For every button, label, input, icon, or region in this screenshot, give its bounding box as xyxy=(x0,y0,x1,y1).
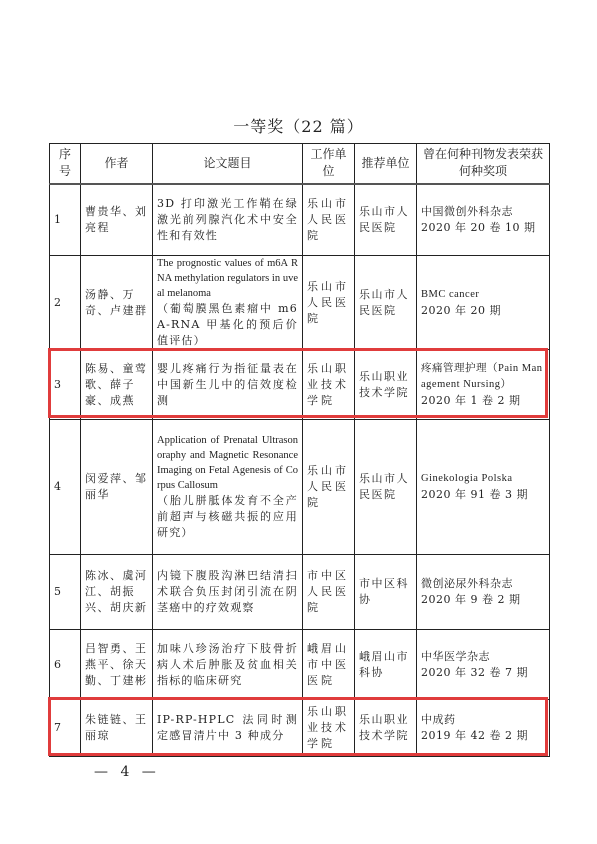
cell-seq: 4 xyxy=(50,420,81,555)
title-zh: （胎儿胼胝体发育不全产前超声与核磁共振的应用研究） xyxy=(157,494,298,539)
cell-recommender: 乐山职业技术学院 xyxy=(355,350,417,420)
cell-publication: 中华医学杂志2020 年 32 卷 7 期 xyxy=(417,630,550,700)
table-row: 6 吕智勇、王燕平、徐天勤、丁建彬 加味八珍汤治疗下肢骨折病人术后肿胀及贫血相关… xyxy=(50,630,550,700)
section-title: 一等奖（22 篇） xyxy=(0,114,597,137)
pub-name: 中国微创外科杂志 xyxy=(421,204,545,220)
title-zh: 加味八珍汤治疗下肢骨折病人术后肿胀及贫血相关指标的临床研究 xyxy=(157,642,298,687)
cell-unit: 市中区人民医院 xyxy=(303,555,355,630)
header-author: 作者 xyxy=(81,144,153,184)
pub-issue: 2019 年 42 卷 2 期 xyxy=(421,728,545,744)
title-zh: 内镜下腹股沟淋巴结清扫术联合负压封闭引流在阴茎癌中的疗效观察 xyxy=(157,569,298,614)
pub-issue: 2020 年 20 卷 10 期 xyxy=(421,220,545,236)
cell-seq: 7 xyxy=(50,700,81,757)
cell-recommender: 乐山市人民医院 xyxy=(355,184,417,256)
cell-unit: 乐山职业技术学院 xyxy=(303,700,355,757)
cell-title: 加味八珍汤治疗下肢骨折病人术后肿胀及贫血相关指标的临床研究 xyxy=(153,630,303,700)
pub-name: 疼痛管理护理（Pain Management Nursing） xyxy=(421,361,545,393)
cell-title: IP-RP-HPLC 法同时测定感冒清片中 3 种成分 xyxy=(153,700,303,757)
cell-seq: 6 xyxy=(50,630,81,700)
title-zh: IP-RP-HPLC 法同时测定感冒清片中 3 种成分 xyxy=(157,713,298,742)
cell-recommender: 峨眉山市科协 xyxy=(355,630,417,700)
pub-issue: 2020 年 9 卷 2 期 xyxy=(421,592,545,608)
pub-issue: 2020 年 32 卷 7 期 xyxy=(421,665,545,681)
cell-author: 吕智勇、王燕平、徐天勤、丁建彬 xyxy=(81,630,153,700)
cell-author: 陈冰、虞河江、胡振兴、胡庆新 xyxy=(81,555,153,630)
cell-recommender: 乐山职业技术学院 xyxy=(355,700,417,757)
table-row: 7 朱链链、王丽琼 IP-RP-HPLC 法同时测定感冒清片中 3 种成分 乐山… xyxy=(50,700,550,757)
table-header-row: 序号 作者 论文题目 工作单位 推荐单位 曾在何种刊物发表荣获何种奖项 xyxy=(50,144,550,184)
pub-name: 中成药 xyxy=(421,712,545,728)
cell-author: 朱链链、王丽琼 xyxy=(81,700,153,757)
cell-author: 闵爱萍、邹丽华 xyxy=(81,420,153,555)
cell-publication: 疼痛管理护理（Pain Management Nursing）2020 年 1 … xyxy=(417,350,550,420)
cell-title: 3D 打印激光工作鞘在绿激光前列腺汽化术中安全性和有效性 xyxy=(153,184,303,256)
header-seq: 序号 xyxy=(50,144,81,184)
cell-recommender: 市中区科协 xyxy=(355,555,417,630)
cell-title: 婴儿疼痛行为指征量表在中国新生儿中的信效度检测 xyxy=(153,350,303,420)
title-zh: 3D 打印激光工作鞘在绿激光前列腺汽化术中安全性和有效性 xyxy=(157,197,298,242)
header-title: 论文题目 xyxy=(153,144,303,184)
table-row: 3 陈易、童莺歌、薛子豪、成燕 婴儿疼痛行为指征量表在中国新生儿中的信效度检测 … xyxy=(50,350,550,420)
cell-seq: 1 xyxy=(50,184,81,256)
cell-author: 曹贵华、刘亮程 xyxy=(81,184,153,256)
table-row: 1 曹贵华、刘亮程 3D 打印激光工作鞘在绿激光前列腺汽化术中安全性和有效性 乐… xyxy=(50,184,550,256)
cell-publication: 中国微创外科杂志2020 年 20 卷 10 期 xyxy=(417,184,550,256)
pub-issue: 2020 年 1 卷 2 期 xyxy=(421,393,545,409)
pub-name: BMC cancer xyxy=(421,287,545,303)
pub-issue: 2020 年 20 期 xyxy=(421,303,545,319)
cell-seq: 2 xyxy=(50,256,81,350)
cell-title: The prognostic values of m6A RNA methyla… xyxy=(153,256,303,350)
header-publication: 曾在何种刊物发表荣获何种奖项 xyxy=(417,144,550,184)
table-row: 2 汤静、万奇、卢建群 The prognostic values of m6A… xyxy=(50,256,550,350)
pub-issue: 2020 年 91 卷 3 期 xyxy=(421,487,545,503)
cell-unit: 乐山市人民医院 xyxy=(303,256,355,350)
cell-publication: 中成药2019 年 42 卷 2 期 xyxy=(417,700,550,757)
cell-unit: 乐山职业技术学院 xyxy=(303,350,355,420)
header-unit: 工作单位 xyxy=(303,144,355,184)
cell-author: 陈易、童莺歌、薛子豪、成燕 xyxy=(81,350,153,420)
table-row: 5 陈冰、虞河江、胡振兴、胡庆新 内镜下腹股沟淋巴结清扫术联合负压封闭引流在阴茎… xyxy=(50,555,550,630)
title-zh: 婴儿疼痛行为指征量表在中国新生儿中的信效度检测 xyxy=(157,362,298,407)
cell-publication: Ginekologia Polska2020 年 91 卷 3 期 xyxy=(417,420,550,555)
cell-seq: 5 xyxy=(50,555,81,630)
cell-unit: 乐山市人民医院 xyxy=(303,420,355,555)
header-recommender: 推荐单位 xyxy=(355,144,417,184)
page-number: — 4 — xyxy=(94,764,160,780)
title-en: Application of Prenatal Ultrasonoraphy a… xyxy=(157,433,298,493)
table-row: 4 闵爱萍、邹丽华 Application of Prenatal Ultras… xyxy=(50,420,550,555)
title-en: The prognostic values of m6A RNA methyla… xyxy=(157,256,298,301)
cell-seq: 3 xyxy=(50,350,81,420)
cell-unit: 峨眉山市中医医院 xyxy=(303,630,355,700)
pub-name: Ginekologia Polska xyxy=(421,471,545,487)
awards-table: 序号 作者 论文题目 工作单位 推荐单位 曾在何种刊物发表荣获何种奖项 1 曹贵… xyxy=(49,143,550,757)
cell-publication: BMC cancer2020 年 20 期 xyxy=(417,256,550,350)
cell-recommender: 乐山市人民医院 xyxy=(355,420,417,555)
pub-name: 微创泌尿外科杂志 xyxy=(421,576,545,592)
cell-title: 内镜下腹股沟淋巴结清扫术联合负压封闭引流在阴茎癌中的疗效观察 xyxy=(153,555,303,630)
cell-unit: 乐山市人民医院 xyxy=(303,184,355,256)
title-zh: （葡萄膜黑色素瘤中 m6A-RNA 甲基化的预后价值评估） xyxy=(157,302,298,347)
cell-recommender: 乐山市人民医院 xyxy=(355,256,417,350)
cell-title: Application of Prenatal Ultrasonoraphy a… xyxy=(153,420,303,555)
cell-author: 汤静、万奇、卢建群 xyxy=(81,256,153,350)
pub-name: 中华医学杂志 xyxy=(421,649,545,665)
cell-publication: 微创泌尿外科杂志2020 年 9 卷 2 期 xyxy=(417,555,550,630)
